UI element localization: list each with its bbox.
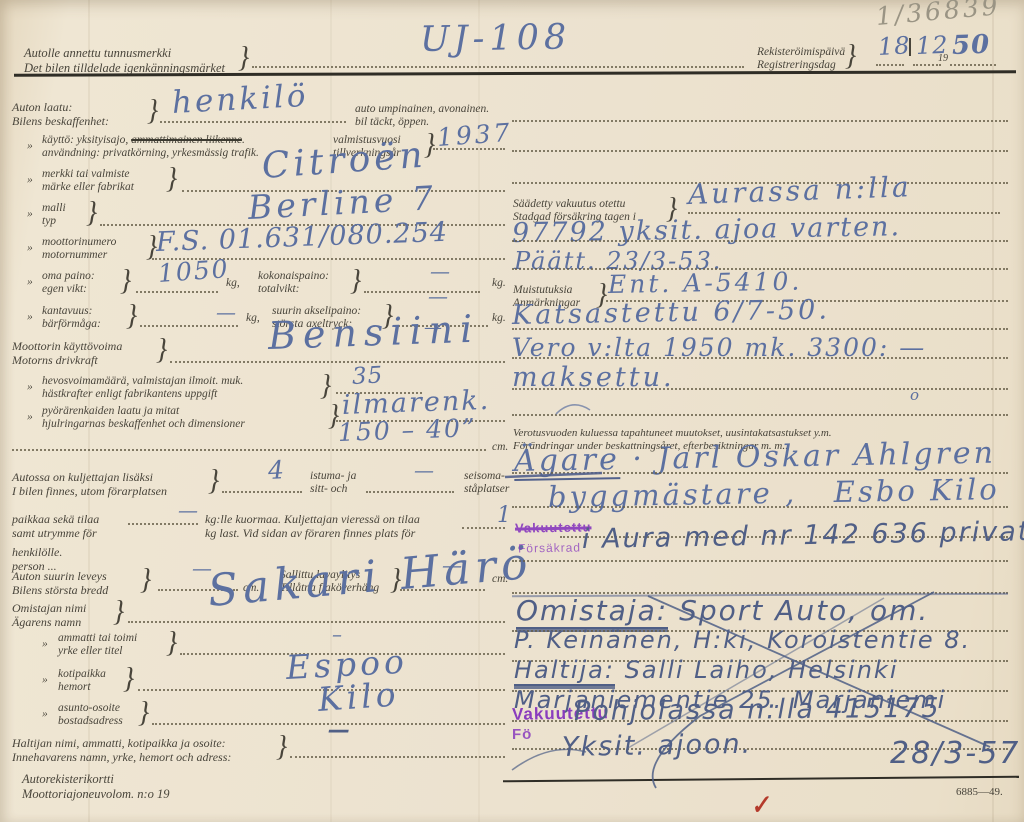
leveys-sv: Bilens största bredd [12, 583, 108, 597]
laatu-note-fi: auto umpinainen, avonainen. [355, 103, 489, 116]
vakuutettu-stamp: Vakuutettu [515, 519, 592, 535]
kuorma-label: paikkaa sekä tilaa samt utrymme för [12, 512, 99, 540]
kokonaispaino-value2: — [428, 284, 449, 308]
kaytto-sv: användning: privatkörning, yrkesmässig t… [42, 147, 259, 160]
pohjola-date: 28/3-57 [890, 736, 1020, 771]
reg-date-label-fi: Rekisteröimispäivä [757, 46, 845, 59]
kuorma-fi: paikkaa sekä tilaa [12, 512, 99, 526]
brace: } [320, 371, 331, 400]
ammatti-label: ammatti tai toimi yrke eller titel [58, 632, 137, 658]
istuma-fi: istuma- ja [310, 470, 356, 483]
haltija-word: Haltija: [514, 656, 615, 686]
kantavuus-sv: bärförmåga: [42, 318, 101, 331]
malli-sv: typ [42, 215, 66, 228]
paikat-value: 4 [267, 455, 285, 485]
dotted-line [512, 560, 1008, 562]
dotted-line [512, 150, 1008, 152]
dotted-line [128, 523, 198, 525]
reg-date-year: 50 [951, 30, 990, 61]
dotted-line [512, 240, 1008, 242]
laatu-fi: Auton laatu: [12, 100, 109, 114]
cm-unit: cm. [492, 441, 508, 454]
renkaat-sv: hjulringarnas beskaffenhet och dimension… [42, 418, 245, 431]
repeat-mark: » [42, 674, 48, 687]
form-number: 6885—49. [956, 786, 1003, 799]
red-check-mark: ✓ [747, 789, 773, 821]
repeat-mark: » [42, 638, 48, 651]
kokonaispaino-fi: kokonaispaino: [258, 270, 329, 283]
muistutuksia-fi: Muistutuksia [513, 284, 580, 297]
brace: } [140, 565, 151, 594]
dotted-line [512, 120, 1008, 122]
omistaja-fi: Omistajan nimi [12, 601, 86, 615]
reg-date-label: Rekisteröimispäivä Registreringsdag [757, 46, 845, 72]
kokonaispaino-label: kokonaispaino: totalvikt: [258, 270, 329, 296]
dotted-line [364, 291, 480, 293]
kayttovoima-value: Bensiini [267, 307, 480, 358]
haltija-value: — [328, 718, 352, 743]
brace: } [123, 664, 134, 693]
kuorma-mid-sv: kg last. Vid sidan av föraren finnes pla… [205, 526, 420, 540]
moottorinumero-label: moottorinumero motornummer [42, 236, 116, 262]
haltija-label: Haltijan nimi, ammatti, kotipaikka ja os… [12, 736, 231, 764]
malli-label: malli typ [42, 202, 66, 228]
laatu-sv: Bilens beskaffenhet: [12, 114, 109, 128]
aura-line1: i Aura med nr 142 636 privat. [582, 516, 1024, 555]
merkki-sv: märke eller fabrikat [42, 181, 134, 194]
kaytto-label: käyttö: yksityisajo, ammattimainen liike… [42, 134, 259, 160]
dotted-line [512, 357, 1008, 359]
ammatti-value: – [332, 622, 343, 646]
omistaja-value: Sakari Härö [206, 538, 535, 617]
kantavuus-fi: kantavuus: [42, 305, 101, 318]
leveys-label: Auton suurin leveys Bilens största bredd [12, 569, 108, 597]
kuorma-mid-label: kg:lle kuormaa. Kuljettajan vieressä on … [205, 512, 420, 540]
hevosvoima-label: hevosvoimamäärä, valmistajan ilmoit. muk… [42, 375, 243, 401]
dotted-line [366, 491, 454, 493]
leveys-fi: Auton suurin leveys [12, 569, 108, 583]
id-mark-label: Autolle annettu tunnusmerkki Det bilen t… [24, 46, 225, 76]
brace: } [126, 301, 137, 330]
dotted-line [12, 449, 486, 451]
date-separator [909, 38, 911, 56]
pohjola-line1: Pohjolassa n:lla 415175 [574, 693, 941, 727]
dotted-line [913, 64, 941, 66]
reg-date-day: 18 [877, 31, 911, 61]
kg-unit: kg, [226, 277, 240, 290]
brace: } [845, 41, 856, 70]
vakuutettu-stamp-2-line2: Fö [512, 726, 532, 743]
card-title-sv: Moottoriajoneuvolom. n:o 19 [22, 787, 170, 802]
card-title: Autorekisterikortti Moottoriajoneuvolom.… [22, 772, 170, 802]
kayttovoima-fi: Moottorin käyttövoima [12, 339, 122, 353]
kaytto-fi-struck: ammattimainen liikenne [131, 134, 242, 146]
hevosvoima-fi: hevosvoimamäärä, valmistajan ilmoit. muk… [42, 375, 243, 388]
agare-word: Ägare [514, 442, 620, 481]
dotted-line [512, 328, 1008, 330]
haltija-fi: Haltijan nimi, ammatti, kotipaikka ja os… [12, 736, 231, 750]
moottorinumero-sv: motornummer [42, 249, 116, 262]
kuorma-mid-fi: kg:lle kuormaa. Kuljettajan vieressä on … [205, 512, 420, 526]
seisoma-label: seisoma- ståplatser [464, 470, 509, 496]
merkki-label: merkki tai valmiste märke eller fabrikat [42, 168, 134, 194]
omistaja-label: Omistajan nimi Ägarens namn [12, 601, 86, 629]
paikat-label: Autossa on kuljettajan lisäksi I bilen f… [12, 470, 167, 498]
merkki-fi: merkki tai valmiste [42, 168, 134, 181]
malli-fi: malli [42, 202, 66, 215]
small-o-mark: o [910, 386, 920, 404]
kokonaispaino-sv: totalvikt: [258, 283, 329, 296]
kaytto-fi-post: . [242, 134, 245, 146]
repeat-mark: » [27, 140, 33, 153]
haltija-sv: Innehavarens namn, yrke, hemort och adre… [12, 750, 231, 764]
kaytto-fi: käyttö: yksityisajo, ammattimainen liike… [42, 134, 259, 147]
renkaat-value2: 150 – 40” [337, 413, 477, 447]
brace: } [350, 266, 361, 295]
dotted-line [876, 64, 904, 66]
osoite-fi: asunto-osoite [58, 702, 123, 715]
osoite-value: Kilo [317, 674, 401, 719]
kotipaikka-sv: hemort [58, 681, 106, 694]
dotted-line [222, 491, 302, 493]
plate-number-value: UJ-108 [420, 17, 572, 60]
vakuutus-line1: Aurassa n:lla [687, 170, 912, 211]
renkaat-label: pyörärenkaiden laatu ja mitat hjulringar… [42, 405, 245, 431]
vakuutus-fi: Säädetty vakuutus otettu [513, 198, 636, 211]
agare-rest: · Jarl Oskar Ahlgren [620, 436, 997, 478]
dotted-line [140, 325, 238, 327]
paikat-fi: Autossa on kuljettajan lisäksi [12, 470, 167, 484]
omapaino-label: oma paino: egen vikt: [42, 270, 95, 296]
brace: } [208, 466, 219, 495]
dotted-line [128, 621, 505, 623]
paper-crease [992, 0, 994, 822]
seisoma-sv: ståplatser [464, 483, 509, 496]
brace: } [238, 43, 249, 72]
osoite-label: asunto-osoite bostadsadress [58, 702, 123, 728]
card-title-fi: Autorekisterikortti [22, 772, 170, 787]
dotted-line [512, 506, 1008, 508]
kotipaikka-label: kotipaikka hemort [58, 668, 106, 694]
brace: } [138, 698, 149, 727]
brace: } [156, 335, 167, 364]
repeat-mark: » [42, 708, 48, 721]
dotted-line [160, 121, 346, 123]
dotted-line [290, 756, 505, 758]
repeat-mark: » [27, 174, 33, 187]
muutokset-fi: Verotusvuoden kuluessa tapahtuneet muuto… [513, 427, 832, 440]
dotted-line [170, 361, 505, 363]
omapaino-fi: oma paino: [42, 270, 95, 283]
kayttovoima-label: Moottorin käyttövoima Motorns drivkraft [12, 339, 122, 367]
kg-unit: kg. [492, 277, 506, 290]
dotted-line [252, 66, 744, 68]
dotted-line [950, 64, 996, 66]
valmistusvuosi-value: 1937 [436, 118, 513, 152]
omistaja-sv: Ägarens namn [12, 615, 86, 629]
dotted-line [512, 388, 1008, 390]
forsakrad-stamp: Försäkrad [518, 540, 581, 555]
kantavuus-label: kantavuus: bärförmåga: [42, 305, 101, 331]
laatu-label: Auton laatu: Bilens beskaffenhet: [12, 100, 109, 128]
kuorma-dash: — [178, 498, 199, 522]
omistaja-word: Omistaja: [516, 594, 668, 629]
repeat-mark: » [27, 411, 33, 424]
repeat-mark: » [27, 276, 33, 289]
moottorinumero-fi: moottorinumero [42, 236, 116, 249]
kuorma-value: 1 [497, 503, 512, 528]
brace: } [113, 597, 124, 626]
pohjola-line2: Yksit. ajoon. [562, 729, 753, 763]
ammatti-sv: yrke eller titel [58, 645, 137, 658]
repeat-mark: » [27, 242, 33, 255]
istuma-sv: sitt- och [310, 483, 356, 496]
kotipaikka-fi: kotipaikka [58, 668, 106, 681]
sport-line2: P. Keinänen, H:ki, Koroistentie 8. [514, 626, 971, 654]
paikat-sv: I bilen finnes, utom förarplatsen [12, 484, 167, 498]
kayttovoima-sv: Motorns drivkraft [12, 353, 122, 367]
vakuutus-line2: 97792 yksit. ajoa varten. [512, 211, 902, 249]
renkaat-fi: pyörärenkaiden laatu ja mitat [42, 405, 245, 418]
kaytto-fi-pre: käyttö: yksityisajo, [42, 134, 131, 146]
id-mark-label-fi: Autolle annettu tunnusmerkki [24, 46, 225, 61]
haltija-rest: Salli Laiho, Helsinki [615, 656, 899, 684]
brace: } [166, 164, 177, 193]
seisoma-fi: seisoma- [464, 470, 509, 483]
omistaja-rest: Sport Auto, om. [668, 594, 929, 627]
kokonaispaino-value: — [430, 259, 451, 283]
omapaino-value: 1050 [157, 254, 230, 288]
brace: } [147, 96, 158, 125]
kuorma-sv: samt utrymme för [12, 526, 99, 540]
hevosvoima-value: 35 [351, 362, 384, 390]
dotted-line [136, 291, 218, 293]
muistutuksia-line1: Ent. A-5410. [608, 267, 803, 299]
repeat-mark: » [27, 311, 33, 324]
laatu-value: henkilö [171, 78, 309, 121]
istuma-label: istuma- ja sitt- och [310, 470, 356, 496]
seisoma-value: — [414, 458, 435, 482]
brace: } [120, 266, 131, 295]
henkilolle-fi: henkilölle. [12, 545, 62, 559]
bottom-rule [503, 776, 1019, 783]
sport-owner-line: Omistaja: Sport Auto, om. [516, 594, 929, 627]
moottorinumero-value: F.S. 01.631/080.254 [155, 217, 448, 258]
repeat-mark: » [27, 208, 33, 221]
brace: } [86, 198, 97, 227]
omapaino-sv: egen vikt: [42, 283, 95, 296]
dotted-line [512, 414, 1008, 416]
osoite-sv: bostadsadress [58, 715, 123, 728]
repeat-mark: » [27, 381, 33, 394]
kantavuus-value: — [216, 300, 237, 324]
brace: } [276, 732, 287, 761]
muistutuksia-line2: Katsastettu 6/7-50. [512, 294, 830, 331]
sport-holder-line: Haltija: Salli Laiho, Helsinki [514, 656, 899, 684]
kg-unit: kg. [492, 312, 506, 325]
hevosvoima-sv: hästkrafter enligt fabrikantens uppgift [42, 388, 243, 401]
dotted-line [433, 148, 505, 150]
ammatti-fi: ammatti tai toimi [58, 632, 137, 645]
pencil-number: 1/36839 [875, 0, 1002, 31]
brace: } [166, 628, 177, 657]
kg-unit: kg, [246, 312, 260, 325]
registration-card: 1/36839 Autolle annettu tunnusmerkki Det… [0, 0, 1024, 822]
